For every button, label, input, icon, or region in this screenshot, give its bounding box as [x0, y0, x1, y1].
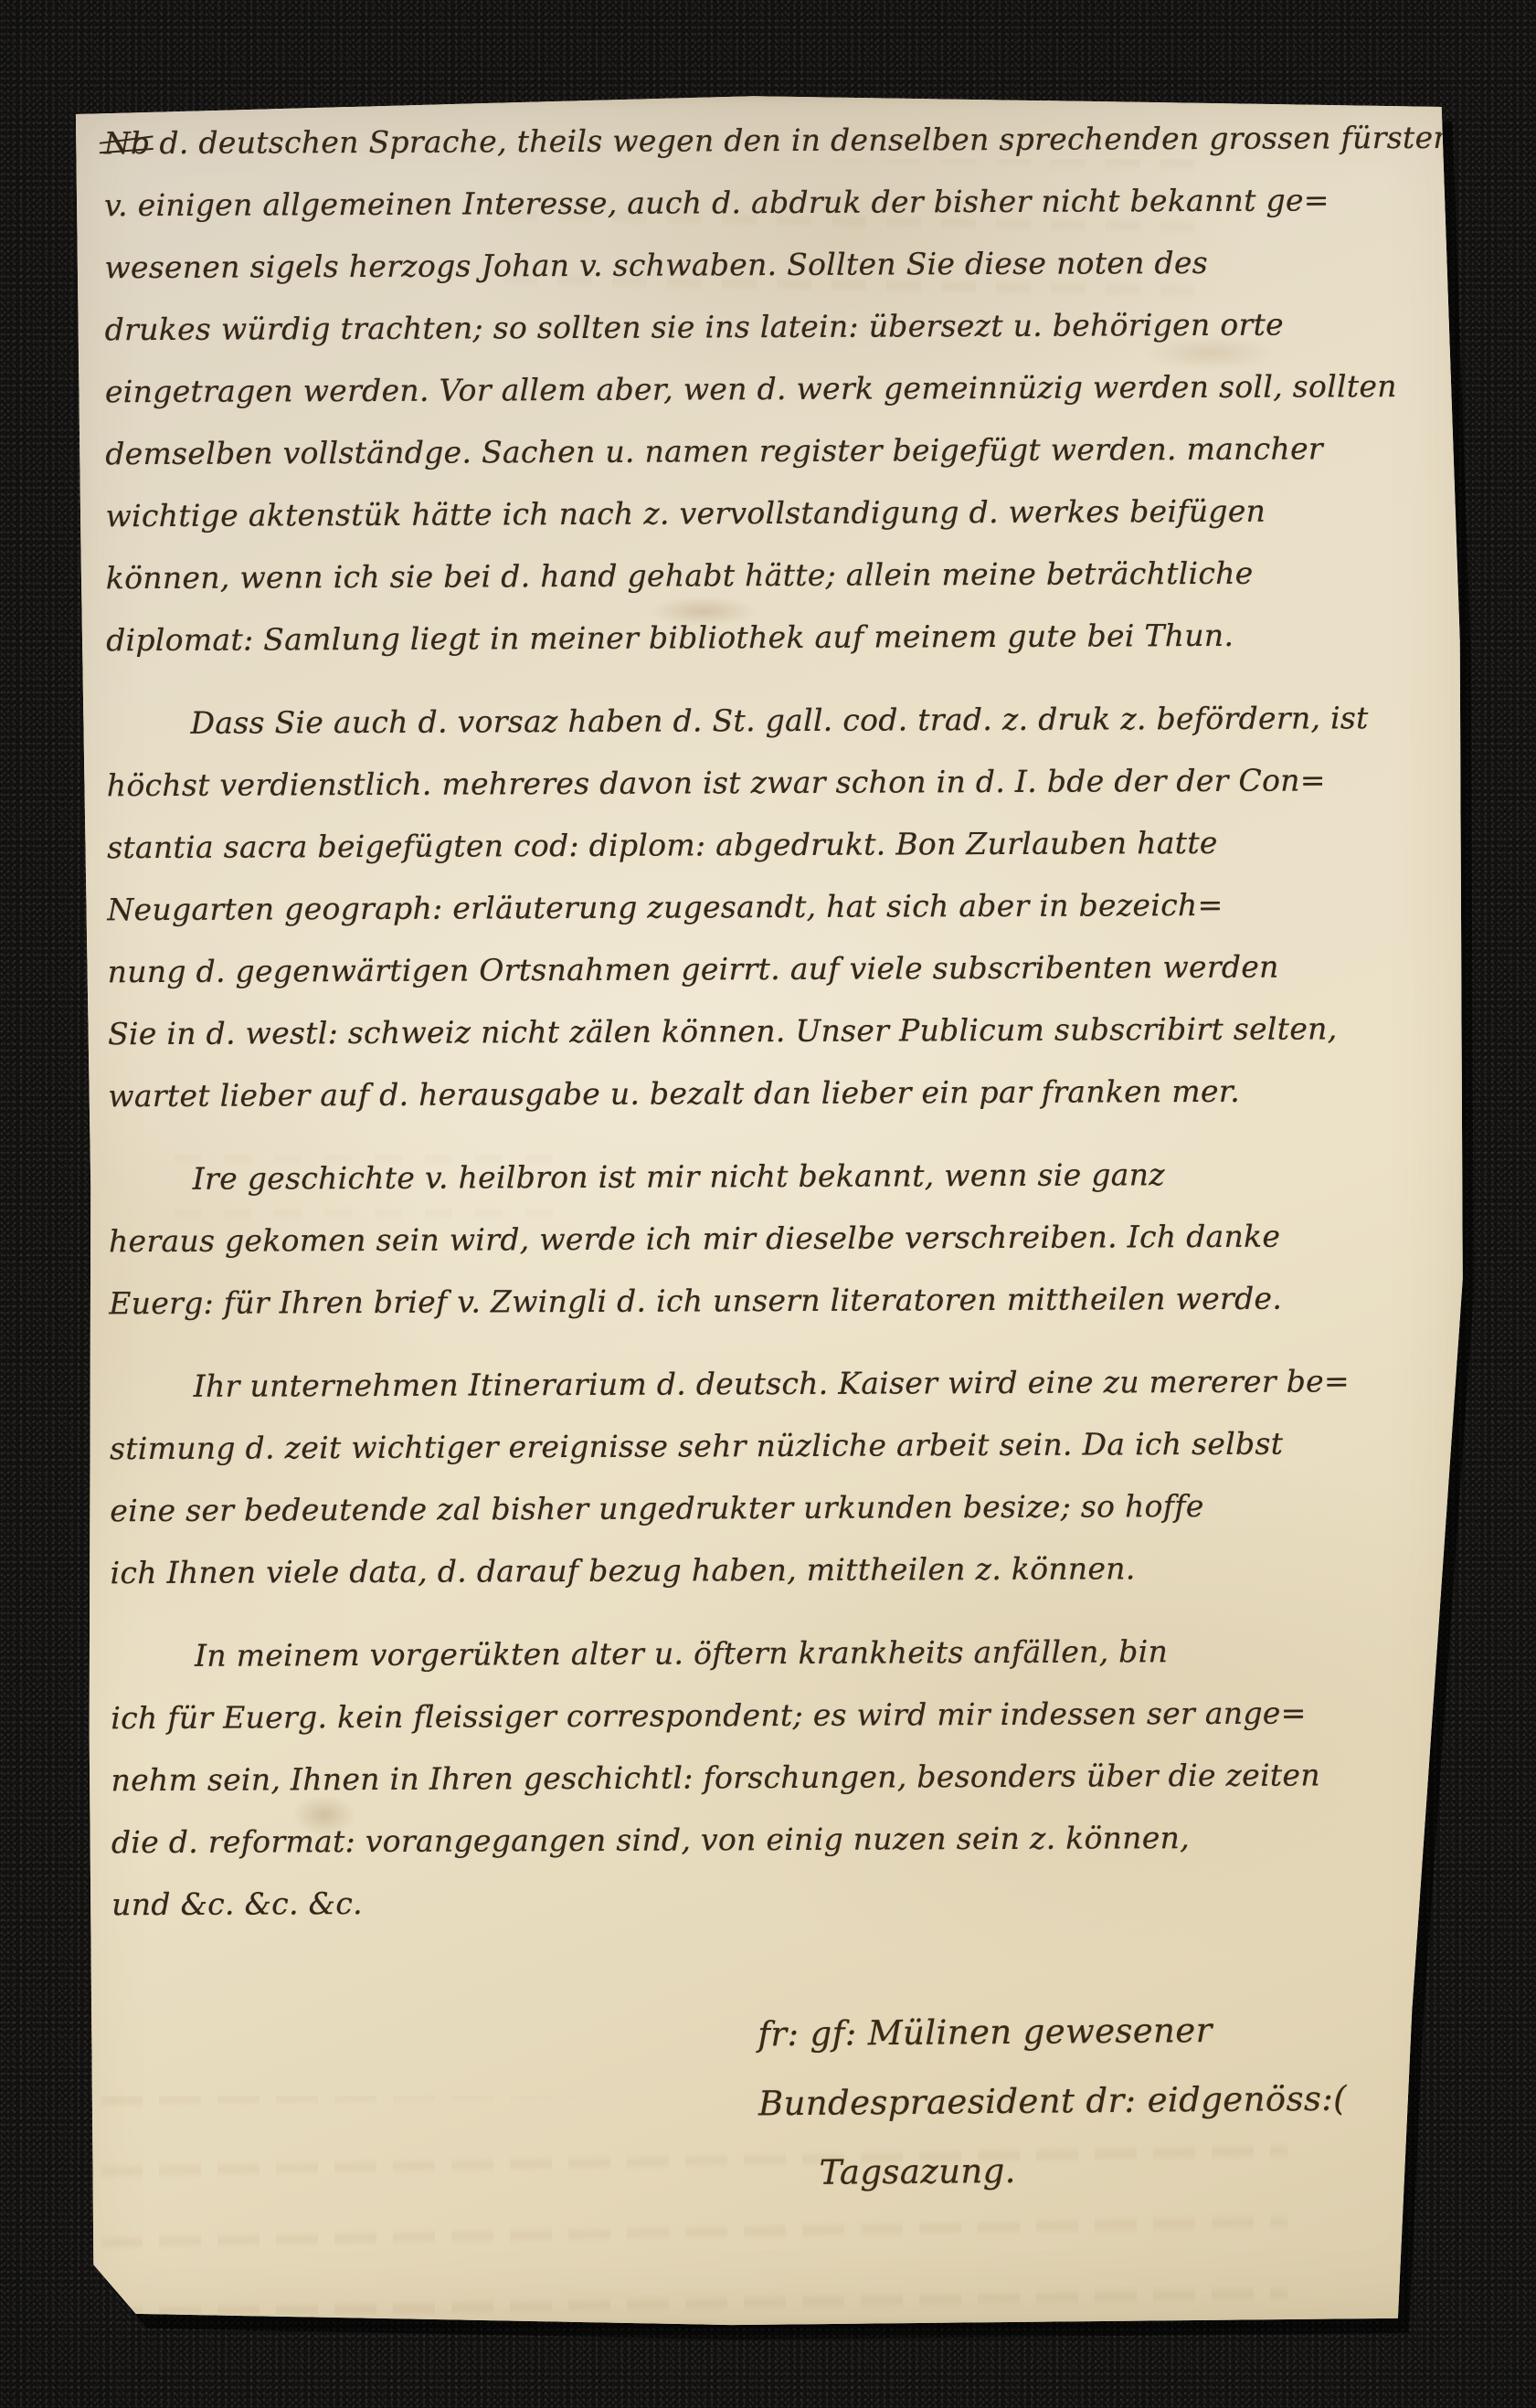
- photo-vignette: [0, 0, 1536, 2408]
